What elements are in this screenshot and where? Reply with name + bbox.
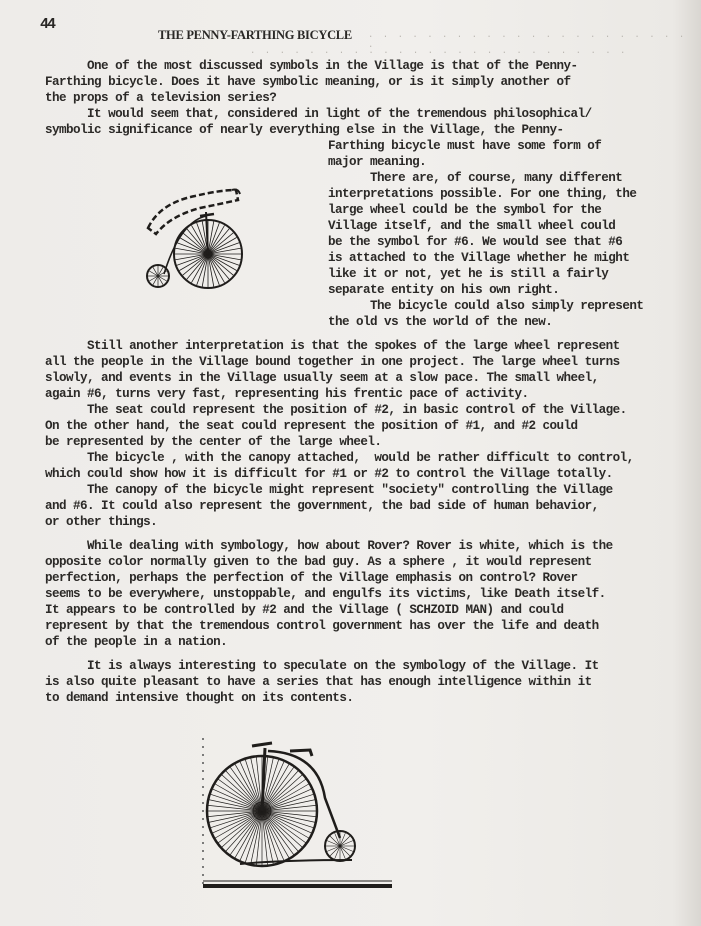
text-line: Still another interpretation is that the…	[45, 338, 620, 354]
page-number: 44	[40, 16, 54, 33]
text-line: or other things.	[45, 514, 157, 530]
text-line: represent by that the tremendous control…	[45, 618, 599, 634]
text-line: On the other hand, the seat could repres…	[45, 418, 578, 434]
text-line: which could show how it is difficult for…	[45, 466, 613, 482]
text-line: One of the most discussed symbols in the…	[45, 58, 578, 74]
penny-farthing-illustration	[200, 738, 400, 898]
text-line: be the symbol for #6. We would see that …	[328, 234, 622, 250]
text-line: Farthing bicycle. Does it have symbolic …	[45, 74, 571, 90]
text-line: The bicycle could also simply represent	[328, 298, 643, 314]
text-line: The bicycle , with the canopy attached, …	[45, 450, 634, 466]
text-line: perfection, perhaps the perfection of th…	[45, 570, 578, 586]
text-line: be represented by the center of the larg…	[45, 434, 381, 450]
text-line: While dealing with symbology, how about …	[45, 538, 613, 554]
text-line: opposite color normally given to the bad…	[45, 554, 592, 570]
text-line: is also quite pleasant to have a series …	[45, 674, 592, 690]
text-line: seems to be everywhere, unstoppable, and…	[45, 586, 606, 602]
text-line: and #6. It could also represent the gove…	[45, 498, 599, 514]
text-line: The canopy of the bicycle might represen…	[45, 482, 613, 498]
text-line: major meaning.	[328, 154, 426, 170]
text-line: interpretations possible. For one thing,…	[328, 186, 636, 202]
bleed-through-text: . . . . . . . . . . . . . . . . . . . . …	[250, 46, 627, 56]
page-title: THE PENNY-FARTHING BICYCLE	[158, 28, 352, 43]
text-line: again #6, turns very fast, representing …	[45, 386, 529, 402]
text-line: It would seem that, considered in light …	[45, 106, 592, 122]
text-line: is attached to the Village whether he mi…	[328, 250, 629, 266]
text-line: like it or not, yet he is still a fairly	[328, 266, 608, 282]
text-line: separate entity on his own right.	[328, 282, 559, 298]
text-line: Village itself, and the small wheel coul…	[328, 218, 615, 234]
text-line: It appears to be controlled by #2 and th…	[45, 602, 564, 618]
text-line: all the people in the Village bound toge…	[45, 354, 620, 370]
text-line: The seat could represent the position of…	[45, 402, 627, 418]
text-line: Farthing bicycle must have some form of	[328, 138, 601, 154]
text-line: the props of a television series?	[45, 90, 276, 106]
text-line: There are, of course, many different	[328, 170, 622, 186]
text-line: symbolic significance of nearly everythi…	[45, 122, 564, 138]
document-page: 44 THE PENNY-FARTHING BICYCLE . . . . . …	[0, 0, 701, 926]
penny-farthing-canopy-illustration	[140, 178, 260, 298]
text-line: It is always interesting to speculate on…	[45, 658, 599, 674]
text-line: slowly, and events in the Village usuall…	[45, 370, 599, 386]
text-line: to demand intensive thought on its conte…	[45, 690, 353, 706]
text-line: the old vs the world of the new.	[328, 314, 552, 330]
text-line: of the people in a nation.	[45, 634, 227, 650]
text-line: large wheel could be the symbol for the	[328, 202, 601, 218]
